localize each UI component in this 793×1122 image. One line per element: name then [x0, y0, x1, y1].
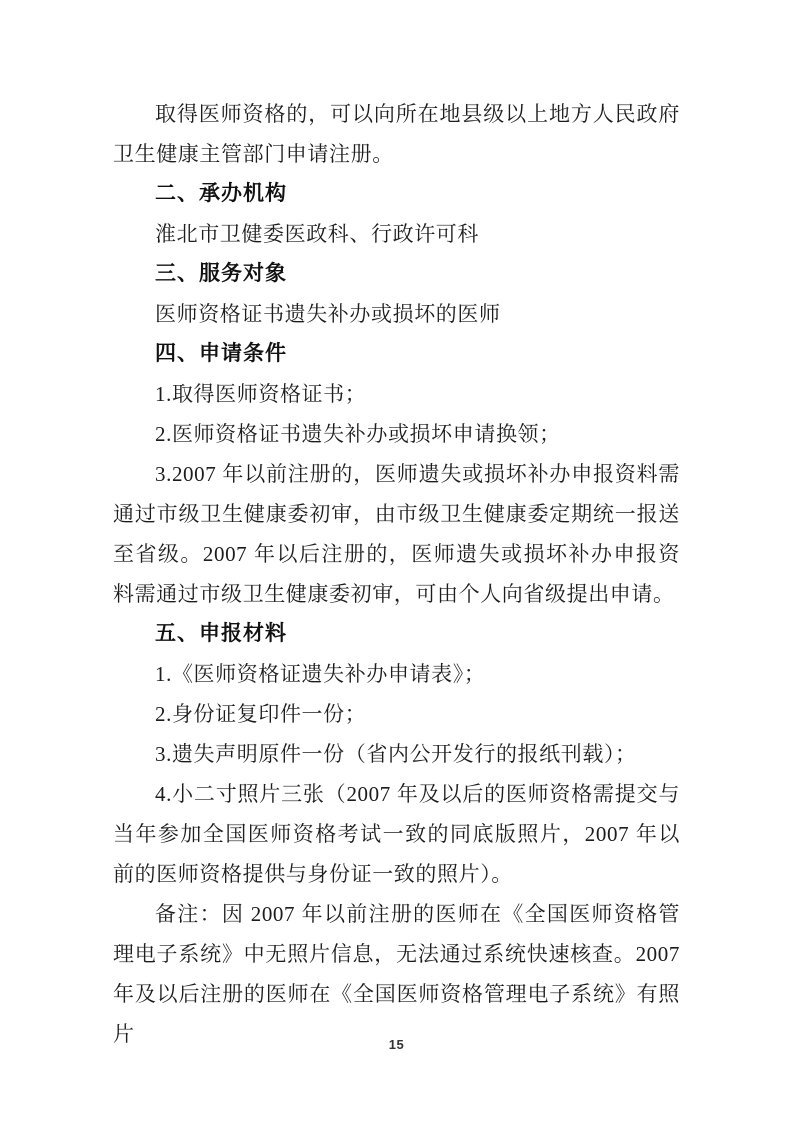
paragraph-service-target: 医师资格证书遗失补办或损坏的医师 — [113, 294, 680, 334]
heading-section-2-handling-agency: 二、承办机构 — [113, 174, 680, 214]
material-item-2: 2.身份证复印件一份； — [113, 694, 680, 734]
condition-item-3: 3.2007 年以前注册的，医师遗失或损坏补办申报资料需通过市级卫生健康委初审，… — [113, 454, 680, 614]
document-body: 取得医师资格的，可以向所在地县级以上地方人民政府卫生健康主管部门申请注册。 二、… — [113, 94, 680, 1054]
heading-section-4-application-conditions: 四、申请条件 — [113, 334, 680, 374]
page-footer: 15 — [0, 1036, 793, 1054]
condition-item-1: 1.取得医师资格证书； — [113, 374, 680, 414]
material-item-4: 4.小二寸照片三张（2007 年及以后的医师资格需提交与当年参加全国医师资格考试… — [113, 774, 680, 894]
paragraph-remarks: 备注：因 2007 年以前注册的医师在《全国医师资格管理电子系统》中无照片信息，… — [113, 894, 680, 1054]
condition-item-2: 2.医师资格证书遗失补办或损坏申请换领； — [113, 414, 680, 454]
page-number: 15 — [389, 1037, 404, 1052]
document-page: 取得医师资格的，可以向所在地县级以上地方人民政府卫生健康主管部门申请注册。 二、… — [0, 0, 793, 1122]
material-item-3: 3.遗失声明原件一份（省内公开发行的报纸刊载）； — [113, 734, 680, 774]
paragraph-registration-intro: 取得医师资格的，可以向所在地县级以上地方人民政府卫生健康主管部门申请注册。 — [113, 94, 680, 174]
material-item-1: 1.《医师资格证遗失补办申请表》； — [113, 654, 680, 694]
paragraph-agency-name: 淮北市卫健委医政科、行政许可科 — [113, 214, 680, 254]
heading-section-5-application-materials: 五、申报材料 — [113, 614, 680, 654]
heading-section-3-service-target: 三、服务对象 — [113, 254, 680, 294]
